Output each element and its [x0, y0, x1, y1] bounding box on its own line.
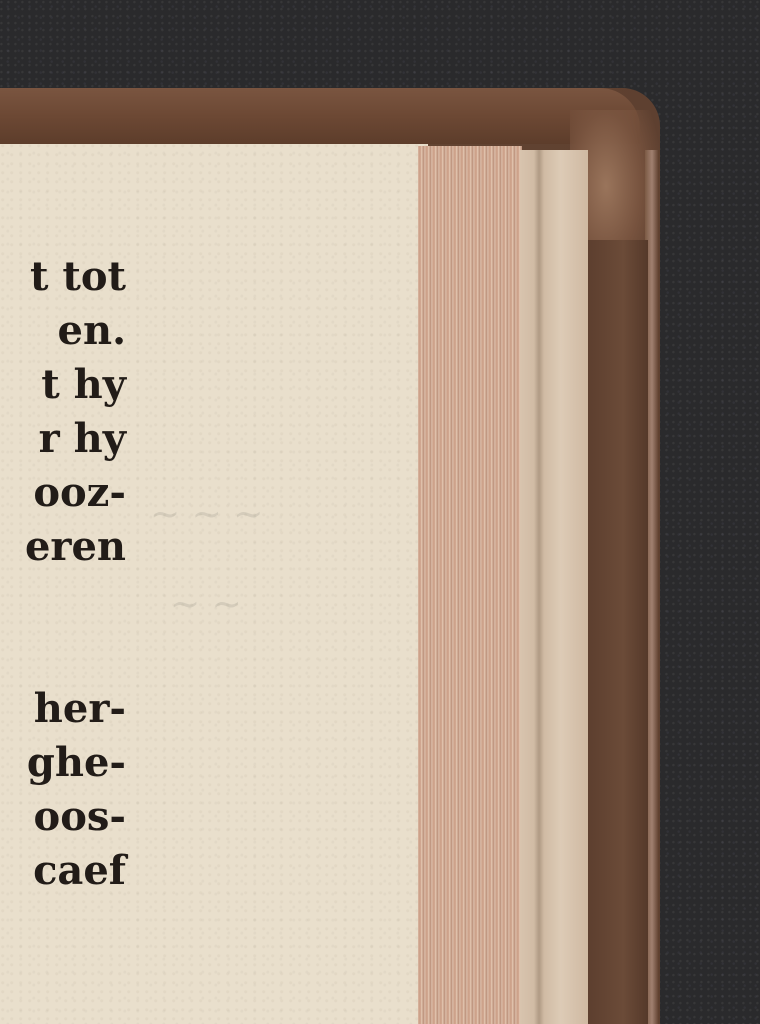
- text-line: [0, 574, 126, 628]
- text-line: r hy: [0, 412, 126, 466]
- show-through-text: ~ ~ ~: [150, 494, 263, 535]
- page-block-edge: [520, 150, 588, 1024]
- text-line: t hy: [0, 358, 126, 412]
- text-line: oos-: [0, 790, 126, 844]
- text-line: en.: [0, 304, 126, 358]
- text-line: [0, 628, 126, 682]
- text-line: her-: [0, 682, 126, 736]
- text-line: caef: [0, 844, 126, 898]
- text-line: ghe-: [0, 736, 126, 790]
- text-line: t tot: [0, 250, 126, 304]
- page-crease: [534, 150, 544, 1024]
- binding-top-rim: [0, 88, 640, 144]
- show-through-text: ~ ~: [170, 584, 242, 625]
- blackletter-text-column: t tot en. t hy r hy ooz- eren her- ghe- …: [0, 250, 126, 898]
- text-line: eren: [0, 520, 126, 574]
- text-line: ooz-: [0, 466, 126, 520]
- inner-board: [586, 240, 648, 1024]
- page-fore-edge: [418, 146, 522, 1024]
